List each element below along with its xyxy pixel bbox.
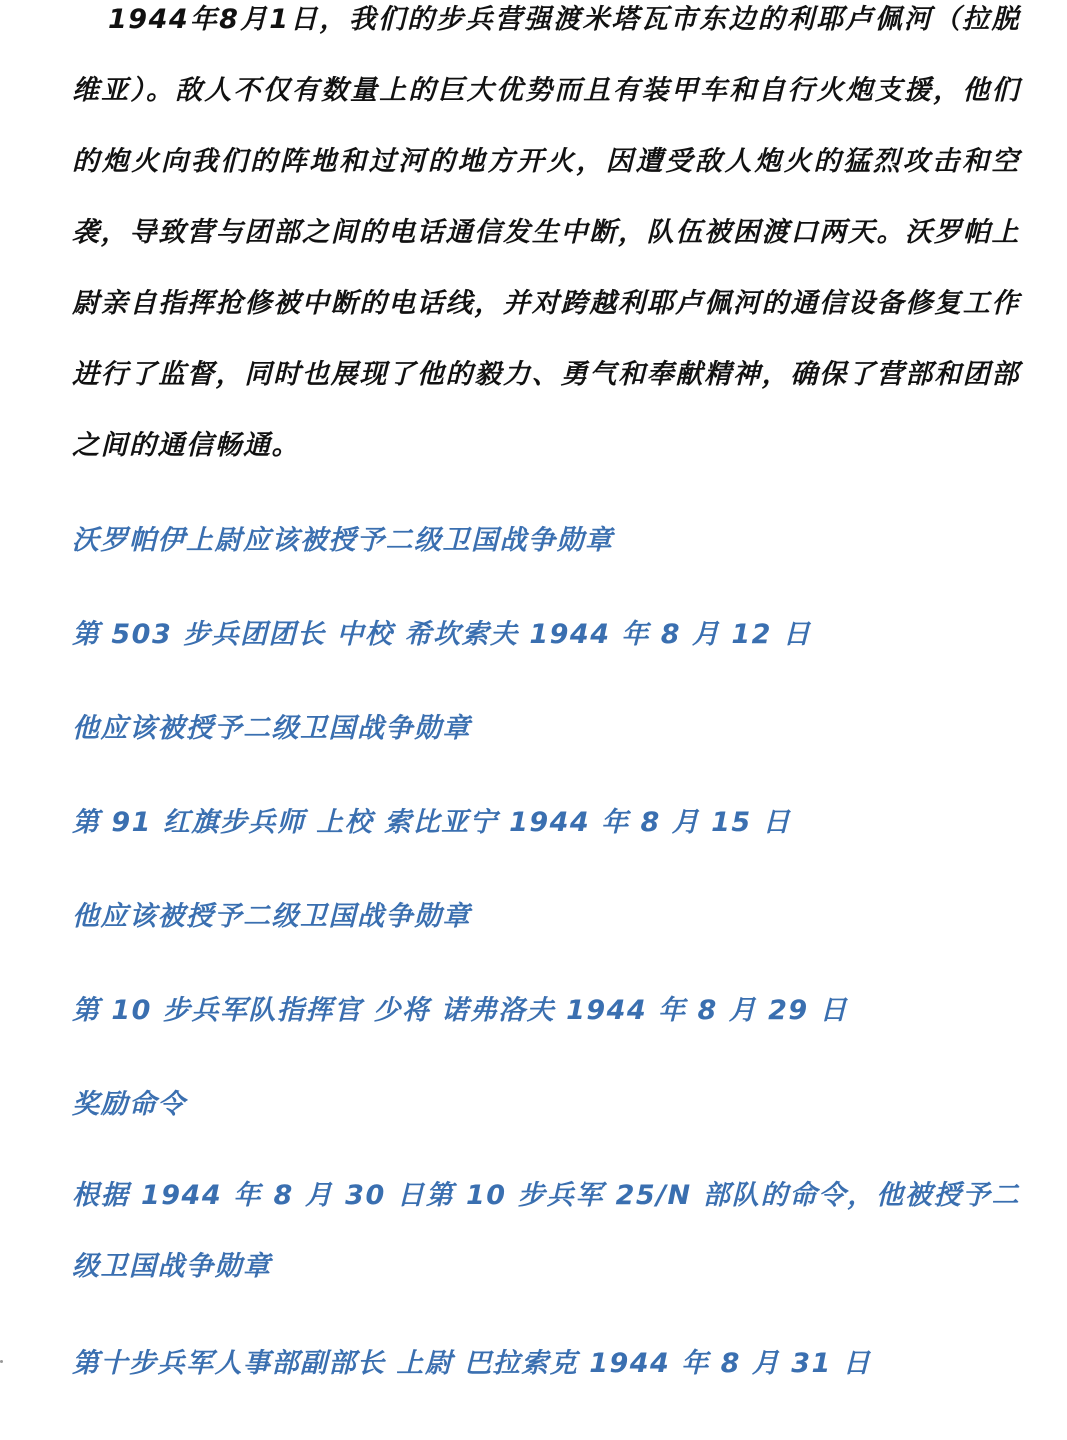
- document-page: 1944年8月1日，我们的步兵营强渡米塔瓦市东边的利耶卢佩河（拉脱维亚）。敌人不…: [72, 0, 1020, 481]
- award-endorsement-1: 他应该被授予二级卫国战争勋章: [72, 706, 471, 745]
- award-order-text: 根据 1944 年 8 月 30 日第 10 步兵军 25/N 部队的命令，他被…: [72, 1160, 1020, 1302]
- award-order-heading: 奖励命令: [72, 1082, 186, 1121]
- award-recommendation: 沃罗帕伊上尉应该被授予二级卫国战争勋章: [72, 518, 614, 557]
- signature-division-commander: 第 91 红旗步兵师 上校 索比亚宁 1944 年 8 月 15 日: [72, 800, 791, 839]
- signature-corps-commander: 第 10 步兵军队指挥官 少将 诺弗洛夫 1944 年 8 月 29 日: [72, 988, 848, 1027]
- award-endorsement-2: 他应该被授予二级卫国战争勋章: [72, 894, 471, 933]
- scan-artifact: [0, 1360, 3, 1363]
- signature-personnel-deputy: 第十步兵军人事部副部长 上尉 巴拉索克 1944 年 8 月 31 日: [72, 1341, 871, 1380]
- signature-regiment-commander: 第 503 步兵团团长 中校 希坎索夫 1944 年 8 月 12 日: [72, 612, 811, 651]
- body-paragraph: 1944年8月1日，我们的步兵营强渡米塔瓦市东边的利耶卢佩河（拉脱维亚）。敌人不…: [72, 0, 1020, 481]
